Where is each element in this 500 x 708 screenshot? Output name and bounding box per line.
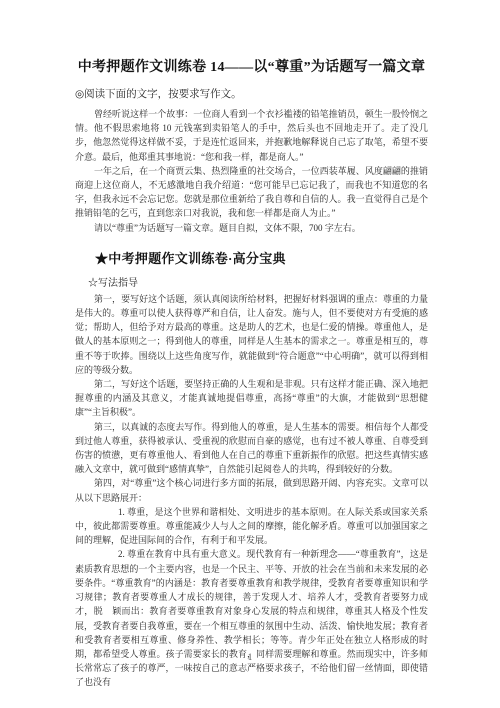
document-page: 中考押题作文训练卷 14——以“尊重”为话题写一篇文章 ◎阅读下面的文字，按要求…	[0, 0, 500, 708]
story-paragraph-1: 曾经听说这样一个故事：一位商人看到一个衣衫褴褛的铅笔推销员，顿生一股怜悯之情。他…	[75, 107, 428, 164]
guide-paragraph-2: 第二，写好这个话题，要坚持正确的人生观和是非观。只有这样才能正确、深入地把握尊重…	[75, 377, 428, 420]
guide-paragraph-3: 第三，以真诚的态度去写作。得到他人的尊重，是人生基本的需要。相信每个人都受到过他…	[75, 420, 428, 477]
prompt-heading: ◎阅读下面的文字，按要求写作文。	[75, 87, 428, 102]
list-item-2: 2. 尊重在教育中具有重大意义。现代教育有一种新理念——“尊重教育”，这是素质教…	[75, 547, 428, 689]
document-title: 中考押题作文训练卷 14——以“尊重”为话题写一篇文章	[75, 58, 428, 78]
subsection-heading-writing-guide: ☆写法指导	[88, 274, 428, 289]
guide-paragraph-1: 第一，要写好这个话题，须认真阅读所给材料，把握好材料强调的重点：尊重的力量是伟大…	[75, 292, 428, 377]
document-content: 中考押题作文训练卷 14——以“尊重”为话题写一篇文章 ◎阅读下面的文字，按要求…	[75, 58, 428, 690]
list-item-1: 1. 尊重，是这个世界和谐相处、文明进步的基本原则。在人际关系或国家关系中，彼此…	[75, 505, 428, 548]
task-line: 请以“尊重”为话题写一篇文章。题目自拟，文体不限，700 字左右。	[75, 221, 428, 235]
section-heading-gaofen-baodian: ★中考押题作文训练卷·高分宝典	[95, 248, 428, 267]
guide-paragraph-4: 第四，对“尊重”这个核心词进行多方面的拓展，做到思路开阔、内容充实。文章可以从以…	[75, 476, 428, 504]
story-paragraph-2: 一年之后，在一个商贾云集、热烈隆重的社交场合，一位西装革履、风度翩翩的推销商迎上…	[75, 164, 428, 221]
page-number: 1	[0, 652, 500, 662]
